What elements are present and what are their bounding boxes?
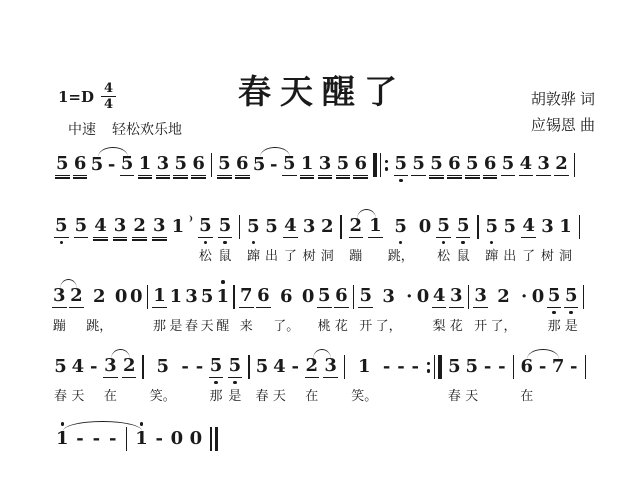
note-token: 0 bbox=[419, 208, 432, 265]
note-digit: - bbox=[396, 358, 406, 376]
barline bbox=[371, 146, 390, 184]
octave-dot-slot-high bbox=[334, 278, 349, 285]
note-main bbox=[572, 153, 577, 177]
octave-dot-slot-high bbox=[317, 278, 332, 285]
note-main: 5 bbox=[54, 355, 67, 379]
octave-dot-slot-high bbox=[256, 278, 271, 285]
lyric-syllable: 天 bbox=[201, 316, 214, 335]
note-digit: 5 bbox=[336, 155, 351, 176]
octave-dot-slot-high bbox=[283, 208, 298, 215]
note-main bbox=[342, 355, 347, 379]
octave-dot-slot-high bbox=[209, 420, 220, 427]
note-digit: 5 bbox=[74, 217, 89, 238]
note-main: 5 bbox=[456, 215, 471, 239]
note-main: 1 bbox=[138, 153, 153, 177]
barline bbox=[577, 208, 582, 265]
octave-dot-slot-high bbox=[490, 278, 516, 285]
note-digit: 3 bbox=[536, 155, 551, 176]
note-digit: · bbox=[519, 288, 529, 306]
note-digit: 5 bbox=[436, 217, 451, 238]
note-main: 2 bbox=[497, 285, 510, 309]
high-octave-dot bbox=[140, 422, 144, 426]
note-digit: 4 bbox=[93, 217, 108, 238]
low-octave-dot bbox=[204, 241, 208, 245]
note-main: 4 bbox=[432, 285, 447, 309]
lyric-syllable: 蹿 bbox=[247, 246, 260, 265]
tempo-text: 中速 bbox=[68, 121, 96, 137]
lyric-syllable: 蹦 bbox=[349, 246, 362, 265]
repeat-dots bbox=[385, 160, 389, 171]
octave-dot-slot-high bbox=[54, 208, 69, 215]
note-digit: 3 bbox=[103, 357, 118, 378]
octave-dot-slot-low bbox=[432, 309, 447, 316]
note-digit: 1 bbox=[300, 155, 315, 176]
octave-dot-slot-high bbox=[483, 146, 498, 153]
note-main: 3 bbox=[473, 285, 488, 309]
octave-dot-slot-high bbox=[247, 208, 260, 215]
note-main: 5 bbox=[485, 215, 498, 239]
barline bbox=[232, 278, 237, 335]
note-token: 4了 bbox=[283, 208, 298, 265]
lyric-syllable: 松 bbox=[437, 246, 450, 265]
barline bbox=[583, 348, 588, 405]
note-digit: 4 bbox=[72, 358, 85, 376]
octave-dot-slot-high bbox=[466, 278, 471, 285]
note-token: 5春 bbox=[255, 348, 268, 405]
barline-stroke bbox=[513, 355, 515, 379]
lyric-syllable: 出 bbox=[503, 246, 516, 265]
note-token: 3树 bbox=[541, 208, 554, 265]
lyric-syllable: 蹦 bbox=[53, 316, 66, 335]
note-digit: - bbox=[538, 358, 548, 376]
note-main: 1 bbox=[300, 153, 315, 177]
octave-dot-slot-high bbox=[154, 420, 164, 427]
note-main: - bbox=[569, 355, 579, 379]
barline-stroke bbox=[477, 215, 479, 239]
octave-dot-slot-high bbox=[130, 278, 143, 285]
note-digit: 4 bbox=[273, 358, 286, 376]
octave-dot-slot-low bbox=[247, 379, 252, 386]
octave-dot-slot-low bbox=[194, 379, 204, 386]
note-digit: 5 bbox=[465, 358, 478, 376]
note-main: 5 bbox=[55, 153, 70, 177]
note-main: 1 bbox=[152, 285, 167, 309]
octave-dot-slot-low bbox=[547, 309, 562, 316]
low-octave-dot bbox=[461, 241, 465, 245]
note-main: 3 bbox=[185, 285, 198, 309]
score-line-2: 5543231⁾5松5鼠5蹿5出4了3树2洞2蹦15跳，05松5鼠5蹿5出4了3… bbox=[54, 208, 582, 265]
octave-dot-slot-low bbox=[89, 379, 99, 386]
lyric-syllable: 春 bbox=[54, 386, 67, 405]
note-token: 5 bbox=[217, 146, 232, 184]
score-line-4: 5春4天-3在25笑。--5那5是5春4天-2在31笑。---5春5天--6在-… bbox=[54, 348, 588, 405]
lyric-syllable: 了 bbox=[522, 246, 535, 265]
octave-dot-slot-high bbox=[209, 146, 214, 153]
octave-dot-slot-low bbox=[501, 177, 516, 184]
note-main: 3 bbox=[303, 215, 316, 239]
note-token: - bbox=[569, 348, 579, 405]
note-digit: 6 bbox=[256, 287, 271, 308]
note-digit: 3 bbox=[449, 287, 464, 308]
octave-dot-slot-low bbox=[130, 309, 143, 316]
note-digit: 5 bbox=[201, 288, 214, 306]
note-token: 4 bbox=[93, 208, 108, 265]
time-signature-denominator: 4 bbox=[104, 97, 113, 111]
octave-dot-slot-high bbox=[564, 278, 579, 285]
octave-dot-slot-high bbox=[581, 278, 586, 285]
note-main: 6 bbox=[353, 153, 368, 177]
note-token: 5 bbox=[74, 208, 89, 265]
octave-dot-slot-high bbox=[273, 348, 286, 355]
note-digit: - bbox=[108, 430, 118, 448]
barline-stroke bbox=[579, 215, 581, 239]
octave-dot-slot-low bbox=[269, 177, 279, 184]
note-main: 3 bbox=[156, 153, 171, 177]
note-token: 3树 bbox=[303, 208, 316, 265]
note-token: 6 bbox=[191, 146, 206, 184]
note-digit: 5 bbox=[456, 217, 471, 238]
octave-dot-slot-low bbox=[152, 309, 167, 316]
octave-dot-slot-low bbox=[232, 309, 237, 316]
note-main: 5 bbox=[54, 215, 69, 239]
note-main: 6 bbox=[191, 153, 206, 177]
octave-dot-slot-high bbox=[419, 208, 432, 215]
lyric-syllable: 是 bbox=[228, 386, 241, 405]
octave-dot-slot-high bbox=[93, 208, 108, 215]
octave-dot-slot-low bbox=[368, 239, 383, 246]
slur-arc bbox=[357, 209, 376, 219]
barline bbox=[141, 348, 146, 405]
octave-dot-slot-low bbox=[448, 379, 461, 386]
note-main: 5 bbox=[173, 153, 188, 177]
slur-arc bbox=[111, 349, 130, 359]
note-token: 0 bbox=[417, 278, 430, 335]
octave-dot-slot-high bbox=[396, 348, 406, 355]
note-main: 7 bbox=[239, 285, 254, 309]
lyric-syllable: 蹿 bbox=[485, 246, 498, 265]
note-token: - bbox=[497, 348, 507, 405]
note-main: - bbox=[89, 355, 99, 379]
octave-dot-slot-high bbox=[209, 348, 224, 355]
note-digit: 3 bbox=[156, 155, 171, 176]
note-digit: 5 bbox=[54, 358, 67, 376]
note-token: - bbox=[410, 348, 420, 405]
note-digit: 5 bbox=[448, 358, 461, 376]
lyric-syllable: 跳， bbox=[86, 316, 112, 335]
note-main: 1 bbox=[216, 285, 229, 309]
note-digit: 6 bbox=[280, 288, 293, 306]
lyric-syllable: 那 bbox=[210, 386, 223, 405]
octave-dot-slot-low bbox=[425, 379, 444, 386]
note-token: 1是 bbox=[169, 278, 182, 335]
note-token: 6 bbox=[447, 146, 462, 184]
octave-dot-slot-high bbox=[425, 348, 444, 355]
note-token: 5笑。 bbox=[150, 348, 176, 405]
octave-dot-slot-low bbox=[185, 309, 198, 316]
barline-stroke bbox=[344, 355, 346, 379]
note-token: 5跳， bbox=[388, 208, 414, 265]
octave-dot-slot-high bbox=[232, 278, 237, 285]
octave-dot-slot-low bbox=[201, 309, 214, 316]
note-token: 5 bbox=[336, 146, 351, 184]
note-main: 5 bbox=[228, 355, 243, 379]
note-token: 5出 bbox=[265, 208, 278, 265]
lyric-syllable: 洞 bbox=[559, 246, 572, 265]
note-token: - bbox=[483, 348, 493, 405]
note-main bbox=[339, 215, 344, 239]
note-digit: - bbox=[497, 358, 507, 376]
note-main bbox=[581, 285, 586, 309]
octave-dot-slot-low bbox=[476, 239, 481, 246]
octave-dot-slot-high bbox=[436, 208, 451, 215]
note-main bbox=[237, 215, 242, 239]
note-digit: 1 bbox=[559, 218, 572, 236]
note-digit: 5 bbox=[218, 217, 233, 238]
note-token: 0 bbox=[171, 420, 184, 458]
note-digit: 5 bbox=[156, 358, 169, 376]
note-main: 4 bbox=[283, 215, 298, 239]
note-token: 4了 bbox=[521, 208, 536, 265]
octave-dot-slot-low bbox=[107, 177, 117, 184]
octave-dot-slot-high bbox=[432, 278, 447, 285]
note-digit: 6 bbox=[191, 155, 206, 176]
note-main: 6 bbox=[235, 153, 250, 177]
octave-dot-slot-low bbox=[209, 177, 214, 184]
note-main bbox=[577, 215, 582, 239]
note-digit: 3 bbox=[185, 288, 198, 306]
note-digit: 5 bbox=[504, 218, 517, 236]
note-main: 5 bbox=[394, 153, 409, 177]
note-main bbox=[371, 153, 390, 177]
note-token: 5 bbox=[501, 146, 516, 184]
note-digit: 1 bbox=[368, 217, 383, 238]
note-token: 5春 bbox=[448, 348, 461, 405]
note-main bbox=[511, 355, 516, 379]
note-digit: 3 bbox=[113, 217, 128, 238]
octave-dot-slot-low bbox=[371, 177, 390, 184]
repeat-dot bbox=[427, 362, 431, 366]
barline-stroke bbox=[353, 285, 355, 309]
lyric-syllable: 开 bbox=[359, 316, 372, 335]
note-digit: 5 bbox=[198, 217, 213, 238]
note-digit: 1 bbox=[56, 430, 69, 448]
note-main: 3 bbox=[318, 153, 333, 177]
note-main: · bbox=[404, 285, 414, 309]
octave-dot-slot-high bbox=[198, 208, 213, 215]
note-main: 4 bbox=[273, 355, 286, 379]
low-octave-dot bbox=[399, 241, 403, 245]
note-digit: 0 bbox=[190, 430, 203, 448]
octave-dot-slot-low bbox=[239, 309, 254, 316]
note-token: 3 bbox=[156, 146, 171, 184]
note-digit: - bbox=[290, 358, 300, 376]
octave-dot-slot-high bbox=[473, 278, 488, 285]
note-main: 3 bbox=[113, 215, 128, 239]
note-digit: 5 bbox=[253, 156, 266, 174]
octave-dot-slot-high bbox=[138, 146, 153, 153]
octave-dot-slot-low bbox=[247, 239, 260, 246]
score-line-1: 565-51356565-513565556565432 bbox=[55, 146, 577, 184]
octave-dot-slot-low bbox=[265, 239, 278, 246]
note-token: 0 bbox=[130, 278, 143, 335]
octave-dot-slot-low bbox=[171, 451, 184, 458]
lyric-syllable: 洞 bbox=[321, 246, 334, 265]
barline-stroke bbox=[438, 355, 442, 379]
octave-dot-slot-low bbox=[538, 379, 548, 386]
lyric-syllable: 了， bbox=[376, 316, 402, 335]
octave-dot-slot-low bbox=[283, 239, 298, 246]
octave-dot-slot-low bbox=[519, 177, 534, 184]
octave-dot-slot-high bbox=[169, 278, 182, 285]
low-octave-dot bbox=[569, 311, 573, 315]
note-main bbox=[141, 355, 146, 379]
note-digit: - bbox=[154, 430, 164, 448]
note-digit: 5 bbox=[265, 218, 278, 236]
note-digit: 0 bbox=[115, 288, 128, 306]
note-digit: 5 bbox=[547, 287, 562, 308]
octave-dot-slot-low bbox=[436, 239, 451, 246]
note-token: 6 bbox=[73, 146, 88, 184]
octave-dot-slot-low bbox=[394, 177, 409, 184]
note-digit: 3 bbox=[541, 218, 554, 236]
note-digit: 5 bbox=[358, 287, 373, 308]
barline-stroke bbox=[239, 215, 241, 239]
octave-dot-slot-low bbox=[541, 239, 554, 246]
octave-dot-slot-low bbox=[321, 239, 334, 246]
barline bbox=[247, 348, 252, 405]
note-digit: 2 bbox=[497, 288, 510, 306]
note-digit: 5 bbox=[501, 155, 516, 176]
octave-dot-slot-low bbox=[382, 379, 392, 386]
note-digit: - bbox=[89, 358, 99, 376]
octave-dot-slot-low bbox=[273, 379, 286, 386]
octave-dot-slot-high bbox=[536, 146, 551, 153]
octave-dot-slot-low bbox=[180, 379, 190, 386]
lyric-syllable: 是 bbox=[565, 316, 578, 335]
octave-dot-slot-low bbox=[135, 451, 148, 458]
barline bbox=[572, 146, 577, 184]
note-token: 5松 bbox=[198, 208, 213, 265]
octave-dot-slot-low bbox=[559, 239, 572, 246]
octave-dot-slot-low bbox=[519, 309, 529, 316]
note-main: 4 bbox=[519, 153, 534, 177]
note-digit: 5 bbox=[120, 155, 135, 176]
octave-dot-slot-high bbox=[141, 348, 146, 355]
note-main: 0 bbox=[171, 427, 184, 451]
note-main bbox=[583, 355, 588, 379]
octave-dot-slot-high bbox=[483, 348, 493, 355]
lyric-syllable: 春 bbox=[185, 316, 198, 335]
note-token: 6 bbox=[483, 146, 498, 184]
slur-arc bbox=[313, 349, 331, 359]
octave-dot-slot-low bbox=[339, 239, 344, 246]
lyric-syllable: 笑。 bbox=[351, 386, 377, 405]
octave-dot-slot-high bbox=[191, 146, 206, 153]
note-token: 2洞 bbox=[321, 208, 334, 265]
composer-credit: 应锡恩 曲 bbox=[531, 114, 595, 135]
note-main bbox=[351, 285, 356, 309]
octave-dot-slot-low bbox=[521, 239, 536, 246]
note-token: 6 bbox=[256, 278, 271, 335]
low-octave-dot bbox=[214, 381, 218, 385]
note-token: - bbox=[290, 348, 300, 405]
lyric-syllable: 春 bbox=[448, 386, 461, 405]
octave-dot-slot-high bbox=[497, 348, 507, 355]
note-token: 5 bbox=[465, 146, 480, 184]
octave-dot-slot-high bbox=[239, 278, 254, 285]
octave-dot-slot-low bbox=[255, 379, 268, 386]
octave-dot-slot-high bbox=[410, 348, 420, 355]
octave-dot-slot-high bbox=[302, 278, 315, 285]
note-digit: 5 bbox=[394, 155, 409, 176]
note-digit: 3 bbox=[382, 288, 395, 306]
note-digit: 0 bbox=[417, 288, 430, 306]
lyric-syllable: 醒 bbox=[216, 316, 229, 335]
slur-arc bbox=[60, 279, 77, 289]
note-digit: 1 bbox=[138, 155, 153, 176]
note-main: 3 bbox=[536, 153, 551, 177]
note-token: 6了。 bbox=[273, 278, 299, 335]
note-main: 5 bbox=[209, 355, 224, 379]
note-digit: 1 bbox=[152, 287, 167, 308]
octave-dot-slot-low bbox=[417, 309, 430, 316]
key-signature-text: 1=D bbox=[58, 88, 94, 106]
note-token: · bbox=[404, 278, 414, 335]
octave-dot-slot-low bbox=[209, 379, 224, 386]
barline-stroke bbox=[248, 355, 250, 379]
note-token: 0 bbox=[532, 278, 545, 335]
octave-dot-slot-high bbox=[235, 146, 250, 153]
octave-dot-slot-low bbox=[572, 177, 577, 184]
octave-dot-slot-low bbox=[74, 239, 89, 246]
octave-dot-slot-low bbox=[54, 379, 67, 386]
note-main: 2 bbox=[93, 285, 106, 309]
note-main: 5 bbox=[156, 355, 169, 379]
note-digit: - bbox=[269, 156, 279, 174]
lyric-syllable: 跳， bbox=[388, 246, 414, 265]
note-digit: 3 bbox=[152, 217, 167, 238]
octave-dot-slot-low bbox=[554, 177, 569, 184]
note-digit: 0 bbox=[171, 430, 184, 448]
note-token: 1那 bbox=[152, 278, 167, 335]
note-main: 5 bbox=[465, 355, 478, 379]
note-main: 5 bbox=[256, 355, 269, 379]
lyric-syllable: 树 bbox=[541, 246, 554, 265]
barline bbox=[342, 348, 347, 405]
note-token: 5 bbox=[173, 146, 188, 184]
octave-dot-slot-high bbox=[456, 208, 471, 215]
octave-dot-slot-high bbox=[511, 348, 516, 355]
note-digit: 1 bbox=[135, 430, 148, 448]
octave-dot-slot-low bbox=[71, 379, 84, 386]
octave-dot-slot-low bbox=[317, 309, 332, 316]
note-token: 3春 bbox=[185, 278, 198, 335]
lyric-syllable: 了， bbox=[490, 316, 516, 335]
breath-mark-glyph: ⁾ bbox=[189, 214, 193, 229]
octave-dot-slot-low bbox=[520, 379, 533, 386]
note-token: 5 bbox=[54, 208, 69, 265]
barline-stroke bbox=[211, 153, 213, 177]
note-main: 0 bbox=[532, 285, 545, 309]
note-digit: 5 bbox=[228, 357, 243, 378]
note-token: 3 bbox=[152, 208, 167, 265]
note-token: - bbox=[194, 348, 204, 405]
octave-dot-slot-high bbox=[519, 278, 529, 285]
note-digit: - bbox=[91, 430, 101, 448]
barline-stroke bbox=[574, 153, 576, 177]
lyric-syllable: 花 bbox=[335, 316, 348, 335]
note-token: 2了， bbox=[490, 278, 516, 335]
